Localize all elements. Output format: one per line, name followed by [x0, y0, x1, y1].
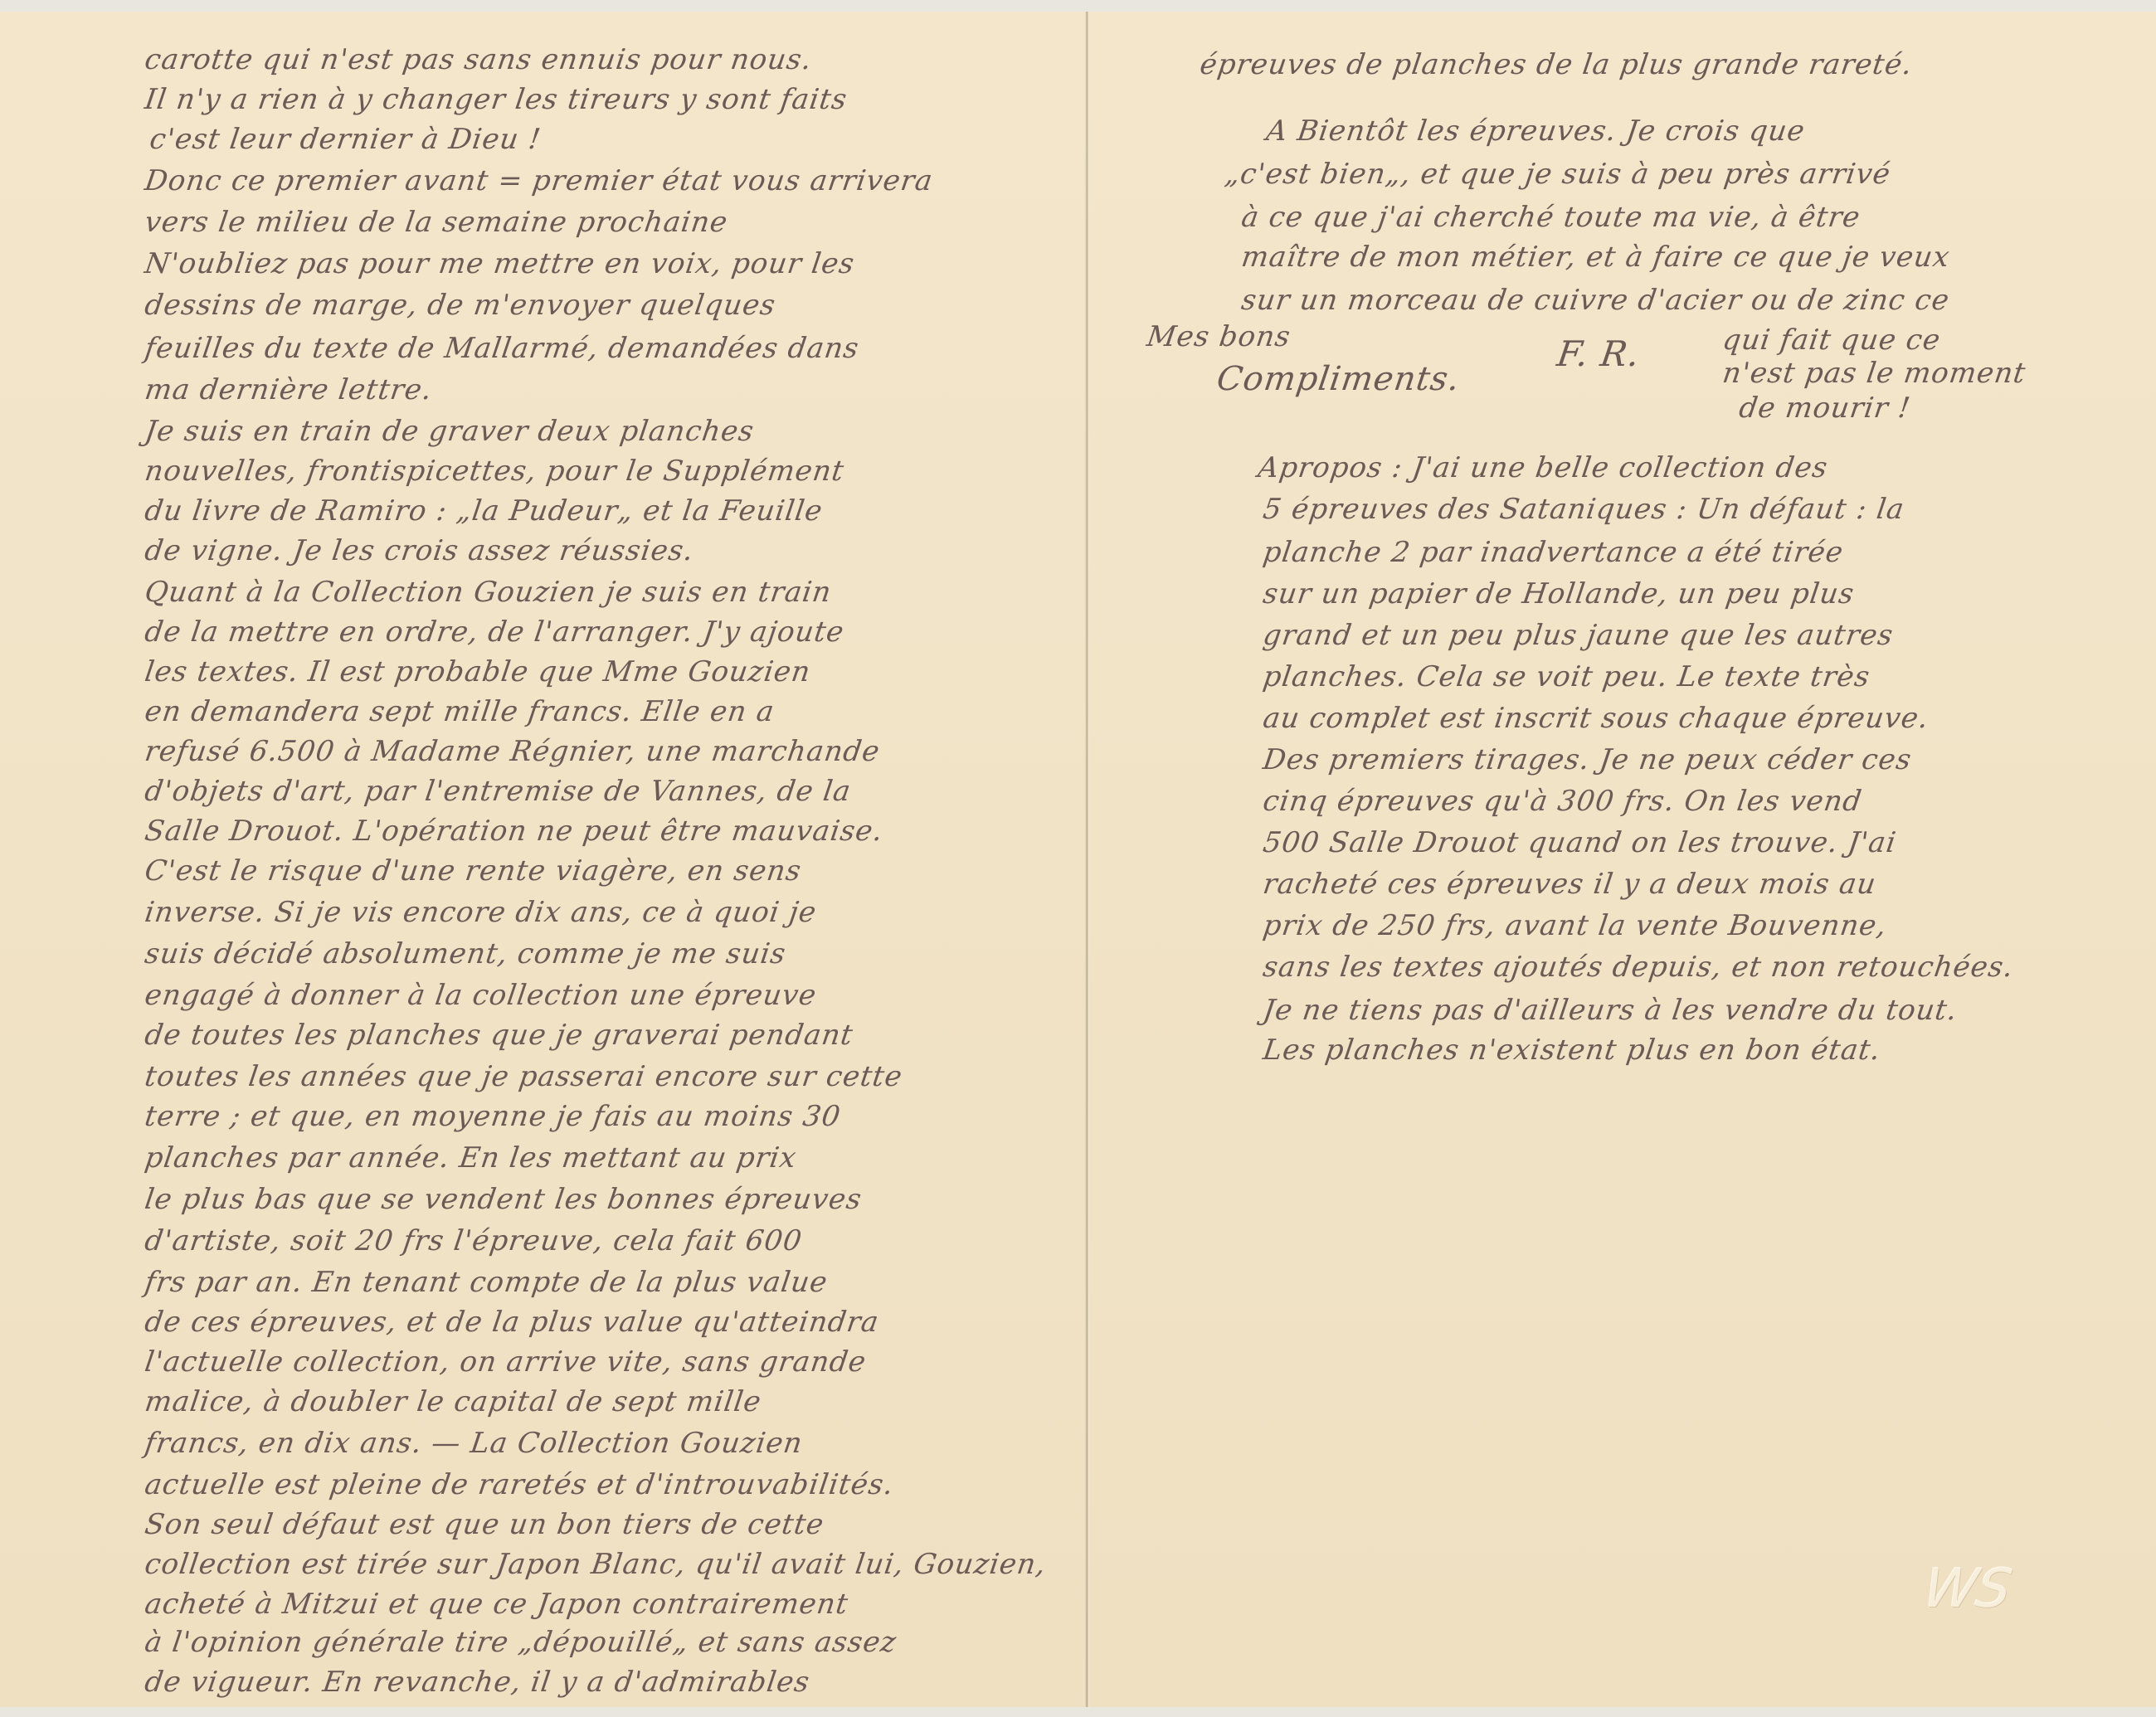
text-line: le plus bas que se vendent les bonnes ép…: [143, 1183, 864, 1216]
text-line: en demandera sept mille francs. Elle en …: [143, 695, 776, 728]
text-line: de ces épreuves, et de la plus value qu'…: [143, 1306, 881, 1339]
text-line: du livre de Ramiro : „la Pudeur„ et la F…: [143, 494, 825, 528]
text-line: acheté à Mitzui et que ce Japon contrair…: [143, 1588, 850, 1621]
text-line: engagé à donner à la collection une épre…: [143, 979, 819, 1012]
ps-line: sans les textes ajoutés depuis, et non r…: [1261, 951, 2016, 984]
text-line: Son seul défaut est que un bon tiers de …: [143, 1508, 826, 1541]
text-line: nouvelles, frontispicettes, pour le Supp…: [143, 455, 846, 488]
text-line: d'objets d'art, par l'entremise de Vanne…: [143, 775, 854, 808]
ps-line: prix de 250 frs, avant la vente Bouvenne…: [1261, 909, 1889, 942]
text-line: c'est leur dernier à Dieu !: [148, 123, 543, 156]
ps-line: au complet est inscrit sous chaque épreu…: [1261, 702, 1931, 735]
text-line: vers le milieu de la semaine prochaine: [143, 206, 730, 239]
closing-line-1: Mes bons: [1145, 320, 1292, 353]
text-line: N'oubliez pas pour me mettre en voix, po…: [143, 247, 857, 280]
ps-line: Des premiers tirages. Je ne peux céder c…: [1261, 743, 1914, 776]
ps-line: Les planches n'existent plus en bon état…: [1261, 1034, 1883, 1067]
left-page: carotte qui n'est pas sans ennuis pour n…: [0, 12, 1085, 1707]
text-line: actuelle est pleine de raretés et d'intr…: [143, 1468, 896, 1501]
ps-line: Je ne tiens pas d'ailleurs à les vendre …: [1261, 994, 1959, 1027]
closing-line-2: Compliments.: [1214, 360, 1462, 398]
text-line: francs, en dix ans. — La Collection Gouz…: [143, 1427, 805, 1460]
text-line: sur un morceau de cuivre d'acier ou de z…: [1239, 284, 1952, 317]
text-line: Je suis en train de graver deux planches: [143, 415, 757, 448]
text-line: n'est pas le moment: [1720, 357, 2028, 390]
text-line: „c'est bien„, et que je suis à peu près …: [1223, 158, 1893, 191]
text-line: l'actuelle collection, on arrive vite, s…: [143, 1345, 869, 1379]
ps-line: cinq épreuves qu'à 300 frs. On les vend: [1261, 785, 1864, 818]
letter-sheet: carotte qui n'est pas sans ennuis pour n…: [0, 12, 2156, 1707]
text-line: refusé 6.500 à Madame Régnier, une march…: [143, 735, 882, 768]
text-line: carotte qui n'est pas sans ennuis pour n…: [143, 43, 814, 76]
ps-line: racheté ces épreuves il y a deux mois au: [1261, 868, 1878, 901]
ps-line: sur un papier de Hollande, un peu plus: [1261, 577, 1857, 610]
ps-line: 5 épreuves des Sataniques : Un défaut : …: [1261, 493, 1906, 526]
text-line: A Bientôt les épreuves. Je crois que: [1264, 114, 1808, 148]
ps-line: planches. Cela se voit peu. Le texte trè…: [1261, 660, 1872, 693]
ps-line: planche 2 par inadvertance a été tirée: [1261, 536, 1846, 569]
text-line: de toutes les planches que je graverai p…: [143, 1019, 855, 1052]
text-line: Donc ce premier avant = premier état vou…: [143, 164, 935, 197]
text-line: maître de mon métier, et à faire ce que …: [1239, 241, 1952, 274]
embossed-mark: WS: [1919, 1559, 2016, 1620]
text-line: Il n'y a rien à y changer les tireurs y …: [143, 83, 849, 116]
text-line: à ce que j'ai cherché toute ma vie, à êt…: [1239, 201, 1862, 234]
text-line: terre ; et que, en moyenne je fais au mo…: [143, 1100, 843, 1133]
text-line: collection est tirée sur Japon Blanc, qu…: [143, 1548, 1049, 1581]
text-line: de mourir !: [1737, 392, 1913, 425]
ps-line: grand et un peu plus jaune que les autre…: [1261, 619, 1896, 652]
text-line: malice, à doubler le capital de sept mil…: [143, 1385, 764, 1418]
right-page: épreuves de planches de la plus grande r…: [1090, 12, 2156, 1707]
text-line: d'artiste, soit 20 frs l'épreuve, cela f…: [143, 1224, 805, 1257]
text-line: feuilles du texte de Mallarmé, demandées…: [143, 332, 861, 365]
text-line: de la mettre en ordre, de l'arranger. J'…: [143, 615, 846, 649]
text-line: Salle Drouot. L'opération ne peut être m…: [143, 815, 885, 848]
text-line: qui fait que ce: [1720, 323, 1943, 357]
signature: F. R.: [1555, 333, 1643, 374]
text-line: épreuves de planches de la plus grande r…: [1198, 48, 1915, 81]
text-line: de vigne. Je les crois assez réussies.: [143, 534, 696, 567]
text-line: de vigueur. En revanche, il y a d'admira…: [143, 1666, 812, 1699]
text-line: suis décidé absolument, comme je me suis: [143, 937, 788, 970]
ps-line: Apropos : J'ai une belle collection des: [1256, 451, 1830, 484]
text-line: frs par an. En tenant compte de la plus …: [143, 1266, 830, 1299]
text-line: Quant à la Collection Gouzien je suis en…: [143, 576, 834, 609]
text-line: dessins de marge, de m'envoyer quelques: [143, 289, 778, 322]
text-line: planches par année. En les mettant au pr…: [143, 1141, 799, 1175]
text-line: toutes les années que je passerai encore…: [143, 1060, 905, 1093]
text-line: à l'opinion générale tire „dépouillé„ et…: [143, 1626, 898, 1659]
ps-line: 500 Salle Drouot quand on les trouve. J'…: [1261, 826, 1899, 859]
text-line: ma dernière lettre.: [143, 373, 435, 406]
text-line: les textes. Il est probable que Mme Gouz…: [143, 655, 813, 688]
text-line: inverse. Si je vis encore dix ans, ce à …: [143, 896, 819, 929]
text-line: C'est le risque d'une rente viagère, en …: [143, 854, 804, 888]
